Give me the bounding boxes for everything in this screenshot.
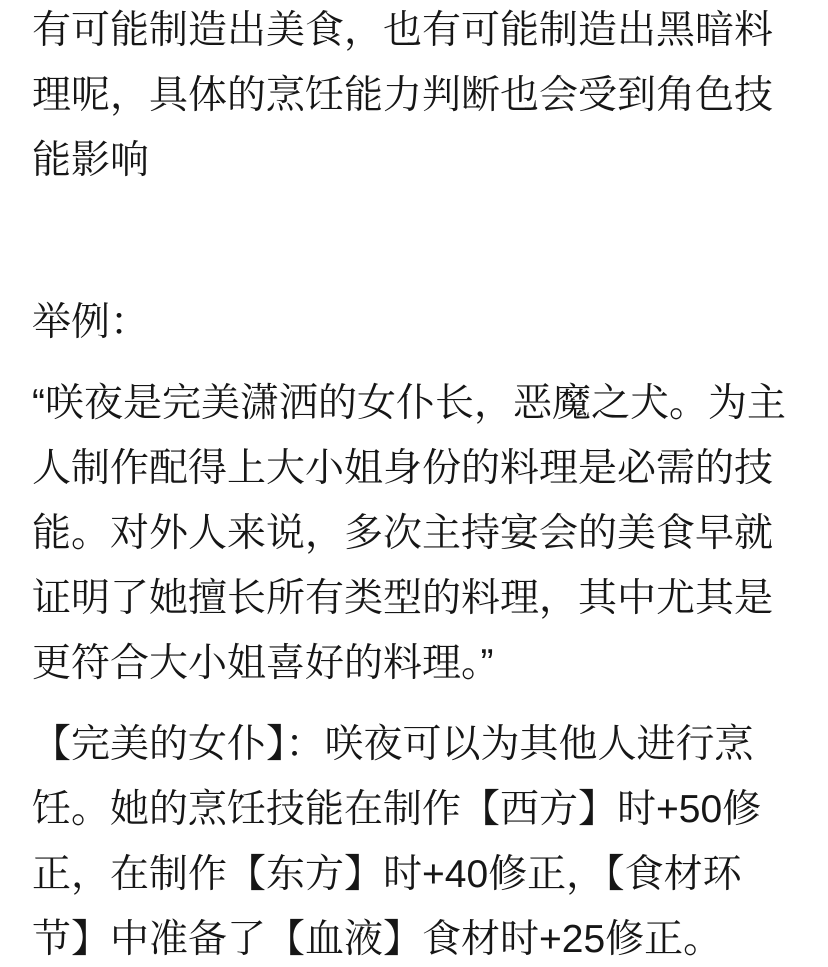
paragraph: 有可能制造出美食，也有可能制造出黑暗料理呢，具体的烹饪能力判断也会受到角色技能影…: [32, 0, 796, 193]
paragraph: “咲夜是完美潇洒的女仆长，恶魔之犬。为主人制作配得上大小姐身份的料理是必需的技能…: [32, 371, 796, 696]
blank-line: [32, 209, 796, 274]
paragraph: 举例：: [32, 290, 796, 355]
paragraph: 【完美的女仆】：咲夜可以为其他人进行烹饪。她的烹饪技能在制作【西方】时+50修正…: [32, 712, 796, 967]
article-text-view: 有可能制造出美食，也有可能制造出黑暗料理呢，具体的烹饪能力判断也会受到角色技能影…: [0, 0, 828, 967]
